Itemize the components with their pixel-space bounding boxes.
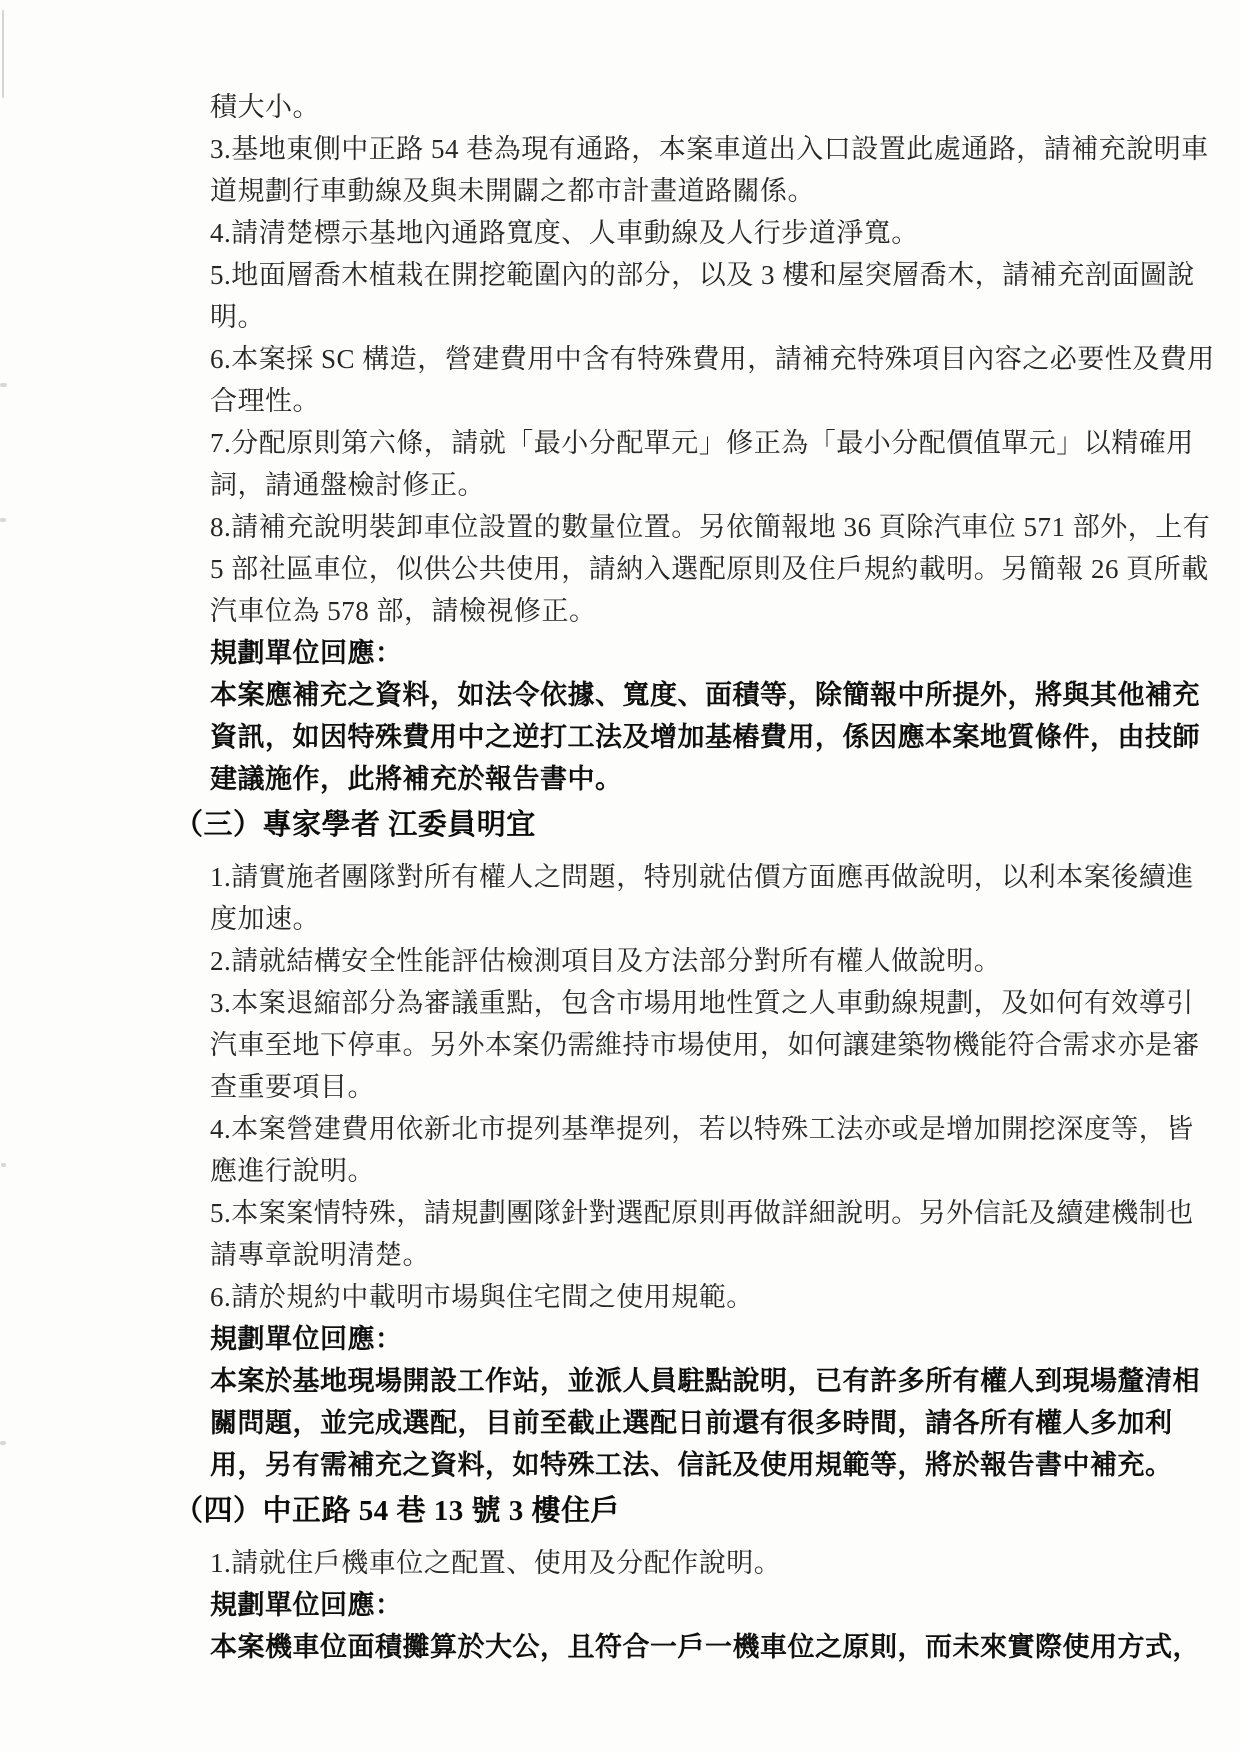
text-line: 8.請補充說明裝卸車位設置的數量位置。另依簡報地 36 頁除汽車位 571 部外… <box>210 506 1240 548</box>
text-line: 資訊，如因特殊費用中之逆打工法及增加基樁費用，係因應本案地質條件，由技師 <box>210 716 1240 758</box>
scanned-document-page: 積大小。3.基地東側中正路 54 巷為現有通路，本案車道出入口設置此處通路，請補… <box>0 0 1240 1753</box>
text-line: 汽車位為 578 部，請檢視修正。 <box>210 590 1240 632</box>
planning-unit-response-1: 規劃單位回應：本案應補充之資料，如法令依據、寬度、面積等，除簡報中所提外，將與其… <box>0 632 1240 800</box>
planning-unit-response-3: 規劃單位回應：本案機車位面積攤算於大公，且符合一戶一機車位之原則，而未來實際使用… <box>0 1584 1240 1668</box>
text-line: 6.請於規約中載明市場與住宅間之使用規範。 <box>210 1276 1240 1318</box>
text-line: 7.分配原則第六條，請就「最小分配單元」修正為「最小分配價值單元」以精確用 <box>210 422 1240 464</box>
text-line: 應進行說明。 <box>210 1150 1240 1192</box>
text-line: 本案於基地現場開設工作站，並派人員駐點說明，已有許多所有權人到現場釐清相 <box>210 1360 1240 1402</box>
text-line: （四）中正路 54 巷 13 號 3 樓住戶 <box>174 1490 1240 1532</box>
text-line: 請專章說明清楚。 <box>210 1234 1240 1276</box>
section-heading-4-resident: （四）中正路 54 巷 13 號 3 樓住戶 <box>0 1490 1240 1532</box>
text-line: 3.基地東側中正路 54 巷為現有通路，本案車道出入口設置此處通路，請補充說明車 <box>210 128 1240 170</box>
text-line: 汽車至地下停車。另外本案仍需維持市場使用，如何讓建築物機能符合需求亦是審 <box>210 1024 1240 1066</box>
text-line: 道規劃行車動線及與未開闢之都市計畫道路關係。 <box>210 170 1240 212</box>
text-line: 建議施作，此將補充於報告書中。 <box>210 758 1240 800</box>
document-content: 積大小。3.基地東側中正路 54 巷為現有通路，本案車道出入口設置此處通路，請補… <box>0 86 1240 1668</box>
text-line: 6.本案採 SC 構造，營建費用中含有特殊費用，請補充特殊項目內容之必要性及費用 <box>210 338 1240 380</box>
text-line: 5.本案案情特殊，請規劃團隊針對選配原則再做詳細說明。另外信託及續建機制也 <box>210 1192 1240 1234</box>
planning-unit-response-2: 規劃單位回應：本案於基地現場開設工作站，並派人員駐點說明，已有許多所有權人到現場… <box>0 1318 1240 1486</box>
text-line: （三）專家學者 江委員明宜 <box>174 804 1240 846</box>
text-line: 本案機車位面積攤算於大公，且符合一戶一機車位之原則，而未來實際使用方式， <box>210 1626 1240 1668</box>
resident-comment-item-1: 1.請就住戶機車位之配置、使用及分配作說明。 <box>0 1542 1240 1584</box>
text-line: 3.本案退縮部分為審議重點，包含市場用地性質之人車動線規劃，及如何有效導引 <box>210 982 1240 1024</box>
text-line: 5.地面層喬木植栽在開挖範圍內的部分，以及 3 樓和屋突層喬木，請補充剖面圖說 <box>210 254 1240 296</box>
text-line: 規劃單位回應： <box>210 1318 1240 1360</box>
text-line: 規劃單位回應： <box>210 1584 1240 1626</box>
text-line: 4.請清楚標示基地內通路寬度、人車動線及人行步道淨寬。 <box>210 212 1240 254</box>
text-line: 本案應補充之資料，如法令依據、寬度、面積等，除簡報中所提外，將與其他補充 <box>210 674 1240 716</box>
scan-artifact <box>2 10 4 98</box>
comments-continued-items-3-8: 積大小。3.基地東側中正路 54 巷為現有通路，本案車道出入口設置此處通路，請補… <box>0 86 1240 632</box>
text-line: 5 部社區車位，似供公共使用，請納入選配原則及住戶規約載明。另簡報 26 頁所載 <box>210 548 1240 590</box>
text-line: 4.本案營建費用依新北市提列基準提列，若以特殊工法亦或是增加開挖深度等，皆 <box>210 1108 1240 1150</box>
text-line: 用，另有需補充之資料，如特殊工法、信託及使用規範等，將於報告書中補充。 <box>210 1444 1240 1486</box>
text-line: 詞，請通盤檢討修正。 <box>210 464 1240 506</box>
text-line: 度加速。 <box>210 898 1240 940</box>
text-line: 關問題，並完成選配，目前至截止選配日前還有很多時間，請各所有權人多加利 <box>210 1402 1240 1444</box>
text-line: 1.請實施者團隊對所有權人之問題，特別就估價方面應再做說明，以利本案後續進 <box>210 856 1240 898</box>
text-line: 1.請就住戶機車位之配置、使用及分配作說明。 <box>210 1542 1240 1584</box>
text-line: 查重要項目。 <box>210 1066 1240 1108</box>
section-heading-3-expert: （三）專家學者 江委員明宜 <box>0 804 1240 846</box>
text-line: 積大小。 <box>210 86 1240 128</box>
text-line: 規劃單位回應： <box>210 632 1240 674</box>
text-line: 明。 <box>210 296 1240 338</box>
expert-comments-items-1-6: 1.請實施者團隊對所有權人之問題，特別就估價方面應再做說明，以利本案後續進度加速… <box>0 856 1240 1318</box>
text-line: 合理性。 <box>210 380 1240 422</box>
text-line: 2.請就結構安全性能評估檢測項目及方法部分對所有權人做說明。 <box>210 940 1240 982</box>
